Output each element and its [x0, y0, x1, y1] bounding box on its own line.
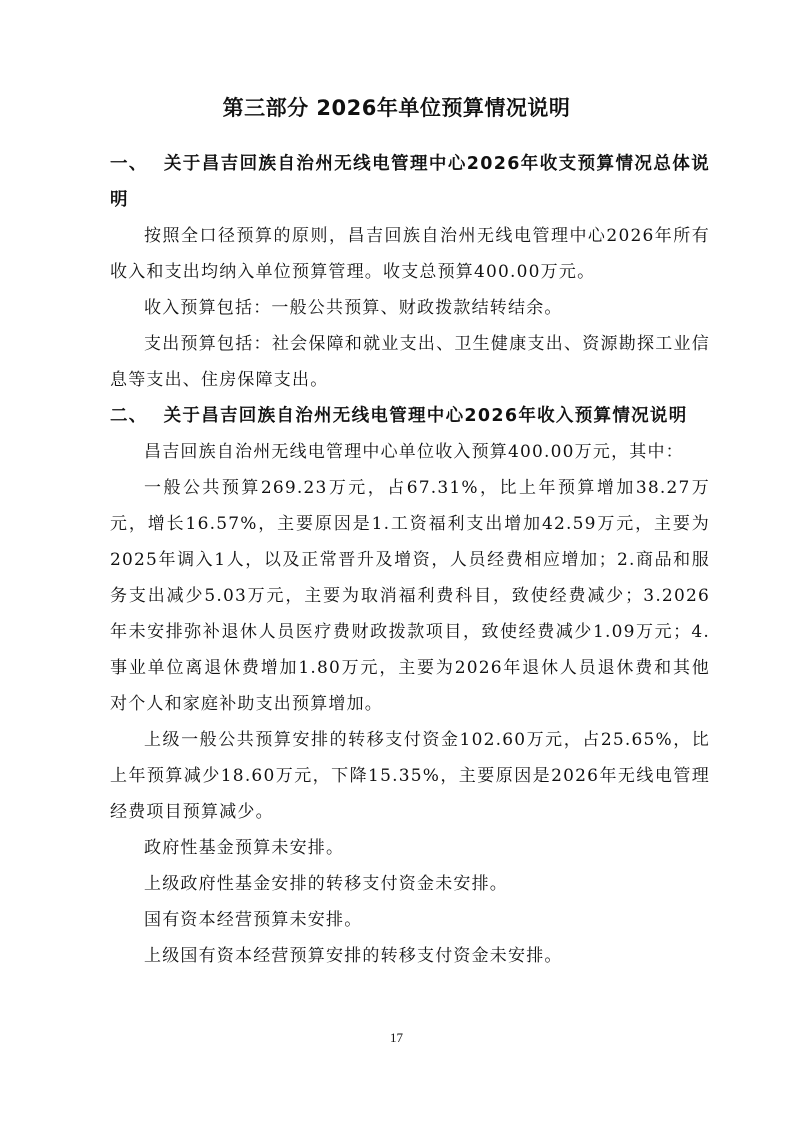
paragraph: 政府性基金预算未安排。	[110, 830, 710, 866]
paragraph: 上级国有资本经营预算安排的转移支付资金未安排。	[110, 938, 710, 974]
section-number: 一、	[110, 154, 148, 174]
page-title: 第三部分 2026年单位预算情况说明	[0, 92, 793, 122]
paragraph: 昌吉回族自治州无线电管理中心单位收入预算400.00万元，其中：	[110, 434, 710, 470]
paragraph: 支出预算包括：社会保障和就业支出、卫生健康支出、资源勘探工业信息等支出、住房保障…	[110, 326, 710, 398]
paragraph: 收入预算包括：一般公共预算、财政拨款结转结余。	[110, 290, 710, 326]
paragraph: 按照全口径预算的原则，昌吉回族自治州无线电管理中心2026年所有收入和支出均纳入…	[110, 218, 710, 290]
section-number: 二、	[110, 406, 148, 426]
paragraph: 上级一般公共预算安排的转移支付资金102.60万元，占25.65%，比上年预算减…	[110, 722, 710, 830]
section-heading-1: 一、关于昌吉回族自治州无线电管理中心2026年收支预算情况总体说明	[110, 146, 710, 218]
paragraph: 一般公共预算269.23万元，占67.31%，比上年预算增加38.27万元，增长…	[110, 470, 710, 722]
paragraph: 国有资本经营预算未安排。	[110, 902, 710, 938]
paragraph: 上级政府性基金安排的转移支付资金未安排。	[110, 866, 710, 902]
section-heading-text: 关于昌吉回族自治州无线电管理中心2026年收入预算情况说明	[164, 406, 688, 426]
section-heading-text: 关于昌吉回族自治州无线电管理中心2026年收支预算情况总体说明	[110, 154, 710, 210]
page-number: 17	[0, 1030, 793, 1046]
document-body: 一、关于昌吉回族自治州无线电管理中心2026年收支预算情况总体说明 按照全口径预…	[110, 146, 710, 974]
section-heading-2: 二、关于昌吉回族自治州无线电管理中心2026年收入预算情况说明	[110, 398, 710, 434]
document-page: 第三部分 2026年单位预算情况说明 一、关于昌吉回族自治州无线电管理中心202…	[0, 0, 793, 1122]
